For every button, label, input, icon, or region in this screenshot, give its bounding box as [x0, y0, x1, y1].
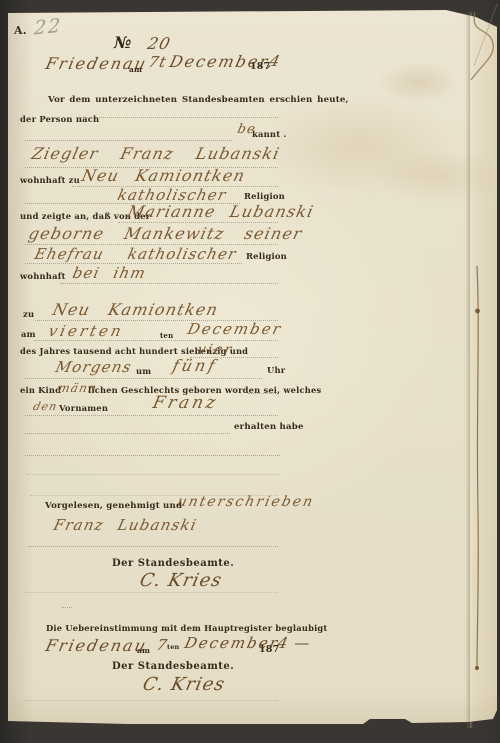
vorgelesen-line: Vorgelesen, genehmigt und: [45, 502, 182, 511]
birth-hour: fünf: [171, 358, 219, 374]
declarant-religion: katholischer: [116, 188, 228, 203]
unterschrieben-handwritten: unterschrieben: [176, 495, 316, 509]
record-number-value: 20: [146, 36, 172, 52]
vornamen-label: Vornamen: [59, 404, 108, 412]
religion-label-1: Religion: [244, 192, 285, 200]
mother-name: Marianne Lubanski: [126, 204, 316, 220]
child-line-pre: ein Kind: [20, 386, 61, 394]
form-corner-letter: A.: [14, 25, 27, 36]
official-title-2: Der Standesbeamte.: [112, 662, 234, 672]
declarant-signature: Franz Lubanski: [52, 518, 199, 533]
header-day: 7t: [147, 55, 168, 70]
official-signature-2: C. Kries: [141, 676, 227, 694]
pencil-annotation: 22: [33, 14, 63, 39]
certification-am-label: am: [137, 647, 150, 655]
certification-ten-suffix: ten: [167, 644, 179, 651]
birth-place: Neu Kamiontken: [51, 302, 220, 318]
wohnhaft-label: wohnhaft: [20, 272, 66, 280]
am-label: am: [21, 330, 36, 338]
official-title-1: Der Standesbeamte.: [112, 559, 234, 569]
birth-day: vierten: [47, 324, 125, 339]
mother-status: Ehefrau katholischer: [33, 247, 238, 262]
den-handwritten: den: [32, 401, 59, 412]
wohnhaft-zu-label: wohnhaft zu: [20, 176, 80, 184]
mother-birthname: geborne Mankewitz seiner: [27, 226, 304, 242]
official-signature-1: C. Kries: [138, 572, 224, 590]
header-am-label: am: [129, 66, 142, 74]
declarant-residence: Neu Kamiontken: [80, 168, 247, 184]
certification-place: Friedenau: [44, 638, 149, 654]
um-label: um: [136, 367, 151, 375]
scanned-register-page: A. 22 № 20 Friedenau am 7t December, 187…: [0, 0, 500, 743]
certification-year-written: 4 —: [276, 636, 312, 651]
zu-label: zu: [23, 310, 34, 318]
year-handwritten: vier: [196, 343, 235, 357]
ten-suffix: ten: [160, 332, 173, 339]
record-number-sign: №: [114, 35, 132, 51]
certification-statement: Die Uebereinstimmung mit dem Hauptregist…: [46, 624, 327, 632]
time-of-day: Morgens: [54, 360, 133, 375]
erhalten-habe-label: erhalten habe: [234, 423, 304, 432]
first-name: Franz: [151, 395, 220, 412]
bekannt-printed: kannt .: [252, 130, 287, 138]
intro-line: Vor dem unterzeichneten Standesbeamten e…: [48, 96, 349, 105]
religion-label-2: Religion: [246, 252, 287, 260]
birth-month: December: [186, 322, 284, 337]
mother-residence: bei ihm: [71, 266, 148, 281]
uhr-label: Uhr: [267, 366, 285, 374]
declarant-name: Ziegler Franz Lubanski: [30, 146, 282, 162]
